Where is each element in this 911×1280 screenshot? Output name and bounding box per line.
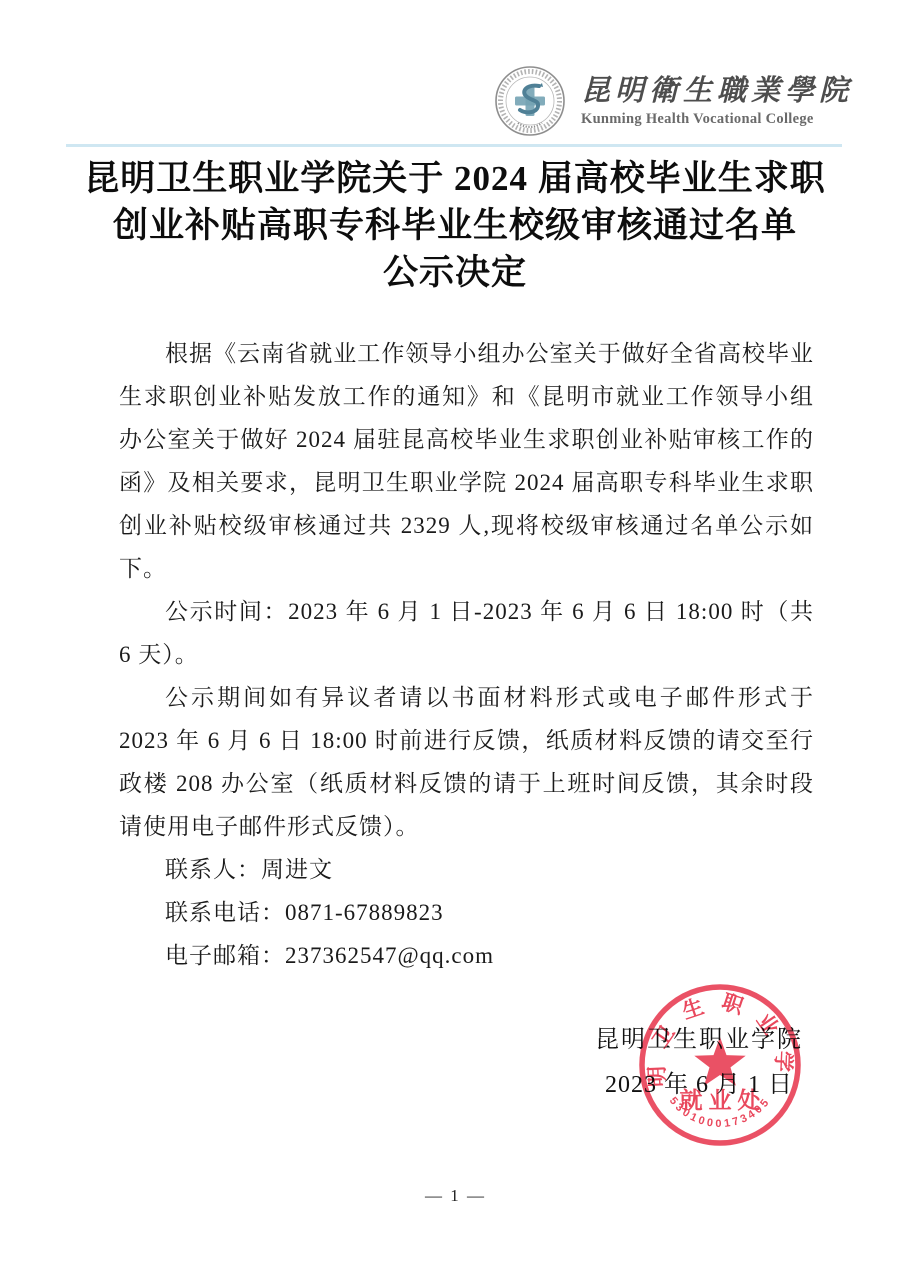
letterhead-text: 昆明衛生職業學院 Kunming Health Vocational Colle… bbox=[581, 75, 853, 128]
college-name-english: Kunming Health Vocational College bbox=[581, 110, 814, 128]
signature-organization: 昆明卫生职业学院 bbox=[595, 1018, 803, 1063]
paragraph-basis: 根据《云南省就业工作领导小组办公室关于做好全省高校毕业生求职创业补贴发放工作的通… bbox=[119, 332, 814, 590]
signature-date: 2023 年 6 月 1 日 bbox=[595, 1063, 803, 1108]
title-line-1: 昆明卫生职业学院关于 2024 届高校毕业生求职 bbox=[55, 155, 855, 202]
title-line-3: 公示决定 bbox=[55, 249, 855, 296]
document-body: 根据《云南省就业工作领导小组办公室关于做好全省高校毕业生求职创业补贴发放工作的通… bbox=[119, 332, 814, 977]
signature-block: 昆明卫生职业学院 2023 年 6 月 1 日 bbox=[595, 1018, 803, 1108]
document-title: 昆明卫生职业学院关于 2024 届高校毕业生求职 创业补贴高职专科毕业生校级审核… bbox=[55, 155, 855, 296]
letterhead: 昆明衛生職業學院 Kunming Health Vocational Colle… bbox=[493, 64, 853, 138]
paragraph-feedback-instructions: 公示期间如有异议者请以书面材料形式或电子邮件形式于 2023 年 6 月 6 日… bbox=[119, 676, 814, 848]
college-emblem-icon bbox=[493, 64, 567, 138]
page-number: — 1 — bbox=[0, 1186, 911, 1206]
contact-email-line: 电子邮箱：237362547@qq.com bbox=[119, 934, 814, 977]
college-name-calligraphy: 昆明衛生職業學院 bbox=[581, 75, 853, 107]
document-page: 昆明衛生職業學院 Kunming Health Vocational Colle… bbox=[0, 0, 911, 1280]
title-line-2: 创业补贴高职专科毕业生校级审核通过名单 bbox=[55, 202, 855, 249]
header-divider bbox=[66, 144, 842, 147]
contact-person-line: 联系人：周进文 bbox=[119, 848, 814, 891]
paragraph-publicity-period: 公示时间：2023 年 6 月 1 日-2023 年 6 月 6 日 18:00… bbox=[119, 590, 814, 676]
contact-phone-line: 联系电话：0871-67889823 bbox=[119, 891, 814, 934]
